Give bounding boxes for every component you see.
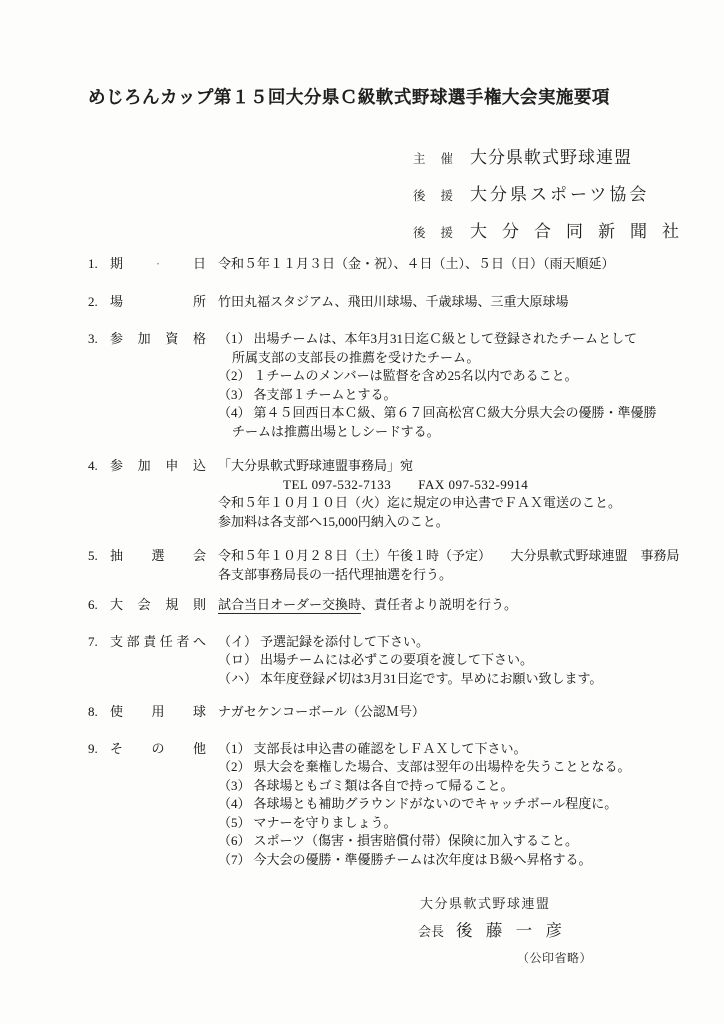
- list-item: （イ）予選記録を添付して下さい。: [218, 633, 694, 652]
- list-item: （3）各球場ともゴミ類は各自で持って帰ること。: [218, 777, 694, 796]
- line-text: ナガセケンコーボール（公認Ｍ号）: [218, 704, 425, 719]
- line-text: 今大会の優勝・準優勝チームは次年度はＢ級へ昇格する。: [254, 852, 592, 867]
- section-number: 8.: [88, 703, 110, 722]
- list-item: （4）第４５回西日本Ｃ級、第６７回高松宮Ｃ級大分県大会の優勝・準優勝: [218, 404, 694, 423]
- section-label: 大会規則: [110, 596, 206, 615]
- sponsor-organization: 大分県スポーツ協会: [470, 180, 649, 205]
- list-item: （1）出場チームは、本年3月31日迄Ｃ級として登録されたチームとして: [218, 330, 694, 349]
- list-item: （6）スポーツ（傷害・損害賠償付帯）保険に加入すること。: [218, 832, 694, 851]
- section-heading: 8. 使用球: [88, 703, 218, 722]
- list-item: （ハ）本年度登録〆切は3月31日迄です。早めにお願い致します。: [218, 670, 694, 689]
- section-content: 竹田丸福スタジアム、飛田川球場、千歳球場、三重大原球場: [218, 293, 694, 312]
- footer-signature: 会長 後藤一彦: [418, 917, 562, 941]
- footer-president-name: 後藤一彦: [456, 917, 562, 941]
- section-rules: 6. 大会規則 試合当日オーダー交換時、責任者より説明を行う。: [88, 596, 694, 615]
- document-title: めじろんカップ第１５回大分県Ｃ級軟式野球選手権大会実施要項: [88, 84, 610, 109]
- line-text: マナーを守りましょう。: [254, 815, 397, 830]
- section-content: 令和５年１０月２８日（土）午後１時（予定） 大分県軟式野球連盟 事務局 各支部事…: [218, 547, 694, 584]
- section-content: 令和５年１１月３日（金・祝）、４日（土）、５日（日）（雨天順延）: [218, 255, 694, 274]
- section-heading: 7. 支部責任者へ: [88, 633, 218, 652]
- item-marker: （5）: [218, 815, 251, 830]
- section-label: 使用球: [110, 703, 206, 722]
- section-label: 参加資格: [110, 330, 206, 349]
- sponsor-row-organizer: 主催 大分県軟式野球連盟: [413, 143, 694, 167]
- section-branch-managers: 7. 支部責任者へ （イ）予選記録を添付して下さい。 （ロ）出場チームには必ずこ…: [88, 633, 694, 689]
- section-number: 1.: [88, 255, 110, 274]
- section-number: 4.: [88, 457, 110, 476]
- text-line: チームは推薦出場としシードする。: [232, 423, 694, 442]
- item-marker: （4）: [218, 405, 251, 420]
- section-content: ナガセケンコーボール（公認Ｍ号）: [218, 703, 694, 722]
- sponsor-organization: 大分合同新聞社: [470, 217, 694, 242]
- item-marker: （3）: [218, 778, 251, 793]
- line-text: 各球場とも補助グラウンドがないのでキャッチボール程度に。: [254, 796, 618, 811]
- scanned-document-page: めじろんカップ第１５回大分県Ｃ級軟式野球選手権大会実施要項 主催 大分県軟式野球…: [0, 0, 724, 1024]
- section-heading: 4. 参加申込: [88, 457, 218, 476]
- sponsor-block: 主催 大分県軟式野球連盟 後援 大分県スポーツ協会 後援 大分合同新聞社: [413, 143, 694, 254]
- line-text: 令和５年１０月２８日（土）午後１時（予定） 大分県軟式野球連盟 事務局: [218, 548, 680, 563]
- section-number: 3.: [88, 330, 110, 349]
- section-label: 支部責任者へ: [110, 633, 206, 652]
- underlined-text: 試合当日オーダー交換時: [218, 597, 361, 614]
- text-line: 令和５年１０月２８日（土）午後１時（予定） 大分県軟式野球連盟 事務局: [218, 547, 694, 566]
- footer-role: 会長: [418, 921, 444, 940]
- item-marker: （7）: [218, 852, 251, 867]
- list-item: （2）県大会を棄権した場合、支部は翌年の出場枠を失うこととなる。: [218, 758, 694, 777]
- section-content: （イ）予選記録を添付して下さい。 （ロ）出場チームには必ずこの要項を渡して下さい…: [218, 633, 694, 689]
- sponsor-role-label: 後援: [413, 223, 453, 241]
- line-text: 所属支部の支部長の推薦を受けたチーム。: [232, 350, 479, 365]
- footer-seal-note: （公印省略）: [517, 949, 592, 966]
- section-ball: 8. 使用球 ナガセケンコーボール（公認Ｍ号）: [88, 703, 694, 722]
- text-line: 各支部事務局長の一括代理抽選を行う。: [218, 566, 694, 585]
- list-item: （5）マナーを守りましょう。: [218, 814, 694, 833]
- list-item: （ロ）出場チームには必ずこの要項を渡して下さい。: [218, 651, 694, 670]
- section-number: 5.: [88, 547, 110, 566]
- section-number: 6.: [88, 596, 110, 615]
- section-heading: 5. 抽選会: [88, 547, 218, 566]
- item-marker: （2）: [218, 368, 251, 383]
- sponsor-organization: 大分県軟式野球連盟: [470, 143, 632, 168]
- line-text: 出場チームには必ずこの要項を渡して下さい。: [260, 652, 533, 667]
- section-label: 抽選会: [110, 547, 206, 566]
- item-marker: （4）: [218, 796, 251, 811]
- text-line: 竹田丸福スタジアム、飛田川球場、千歳球場、三重大原球場: [218, 293, 694, 312]
- text-line: 「大分県軟式野球連盟事務局」宛: [218, 457, 694, 476]
- section-eligibility: 3. 参加資格 （1）出場チームは、本年3月31日迄Ｃ級として登録されたチームと…: [88, 330, 694, 441]
- section-label: 期・日: [110, 255, 206, 274]
- text-line: 令和５年１０月１０日（火）迄に規定の申込書でＦＡＸ電送のこと。: [218, 494, 694, 513]
- text-line: 試合当日オーダー交換時、責任者より説明を行う。: [218, 596, 694, 615]
- line-text: 「大分県軟式野球連盟事務局」宛: [218, 458, 413, 473]
- line-text: 出場チームは、本年3月31日迄Ｃ級として登録されたチームとして: [254, 331, 638, 346]
- section-label: 場所: [110, 293, 206, 312]
- sponsor-role-label: 主催: [413, 149, 453, 167]
- line-text: 各球場ともゴミ類は各自で持って帰ること。: [254, 778, 514, 793]
- item-marker: （ロ）: [218, 652, 257, 667]
- tel-fax-line: TEL 097-532-7133 FAX 097-532-9914: [283, 476, 694, 495]
- line-text: 参加料は各支部へ15,000円納入のこと。: [218, 514, 449, 529]
- section-heading: 1. 期・日: [88, 255, 218, 274]
- list-item: （4）各球場とも補助グラウンドがないのでキャッチボール程度に。: [218, 795, 694, 814]
- item-marker: （イ）: [218, 634, 257, 649]
- item-marker: （2）: [218, 759, 251, 774]
- section-label: 参加申込: [110, 457, 206, 476]
- list-item: （1）支部長は申込書の確認をしＦＡＸして下さい。: [218, 740, 694, 759]
- section-number: 2.: [88, 293, 110, 312]
- line-text: 各支部１チームとする。: [254, 387, 397, 402]
- section-heading: 9. その他: [88, 740, 218, 759]
- item-marker: （3）: [218, 387, 251, 402]
- text-line: ナガセケンコーボール（公認Ｍ号）: [218, 703, 694, 722]
- list-item: （3）各支部１チームとする。: [218, 386, 694, 405]
- section-label: その他: [110, 740, 206, 759]
- sponsor-row-supporter-2: 後援 大分合同新聞社: [413, 217, 694, 241]
- line-text: 本年度登録〆切は3月31日迄です。早めにお願い致します。: [260, 671, 602, 686]
- section-application: 4. 参加申込 「大分県軟式野球連盟事務局」宛 TEL 097-532-7133…: [88, 457, 694, 531]
- line-text: 令和５年１１月３日（金・祝）、４日（土）、５日（日）（雨天順延）: [218, 256, 615, 271]
- line-text: 第４５回西日本Ｃ級、第６７回高松宮Ｃ級大分県大会の優勝・準優勝: [254, 405, 657, 420]
- text-line: 参加料は各支部へ15,000円納入のこと。: [218, 513, 694, 532]
- item-marker: （6）: [218, 833, 251, 848]
- sponsor-row-supporter-1: 後援 大分県スポーツ協会: [413, 180, 694, 204]
- line-text: 各支部事務局長の一括代理抽選を行う。: [218, 567, 452, 582]
- section-heading: 3. 参加資格: [88, 330, 218, 349]
- line-text: 令和５年１０月１０日（火）迄に規定の申込書でＦＡＸ電送のこと。: [218, 495, 621, 510]
- item-marker: （ハ）: [218, 671, 257, 686]
- line-text: １チームのメンバーは監督を含め25名以内であること。: [254, 368, 578, 383]
- line-text: スポーツ（傷害・損害賠償付帯）保険に加入すること。: [254, 833, 578, 848]
- section-venue: 2. 場所 竹田丸福スタジアム、飛田川球場、千歳球場、三重大原球場: [88, 293, 694, 312]
- section-content: （1）支部長は申込書の確認をしＦＡＸして下さい。 （2）県大会を棄権した場合、支…: [218, 740, 694, 870]
- line-text: 支部長は申込書の確認をしＦＡＸして下さい。: [254, 741, 527, 756]
- line-text: TEL 097-532-7133 FAX 097-532-9914: [283, 477, 528, 492]
- line-text: チームは推薦出場としシードする。: [232, 424, 440, 439]
- text-line: 令和５年１１月３日（金・祝）、４日（土）、５日（日）（雨天順延）: [218, 255, 694, 274]
- section-number: 7.: [88, 633, 110, 652]
- line-text: 竹田丸福スタジアム、飛田川球場、千歳球場、三重大原球場: [218, 294, 568, 309]
- footer-organization: 大分県軟式野球連盟: [420, 893, 551, 912]
- section-number: 9.: [88, 740, 110, 759]
- sponsor-role-label: 後援: [413, 186, 453, 204]
- item-marker: （1）: [218, 331, 251, 346]
- item-marker: （1）: [218, 741, 251, 756]
- section-content: （1）出場チームは、本年3月31日迄Ｃ級として登録されたチームとして 所属支部の…: [218, 330, 694, 441]
- text-line: 所属支部の支部長の推薦を受けたチーム。: [232, 349, 694, 368]
- list-item: （7）今大会の優勝・準優勝チームは次年度はＢ級へ昇格する。: [218, 851, 694, 870]
- line-text: 、責任者より説明を行う。: [361, 597, 517, 612]
- line-text: 予選記録を添付して下さい。: [260, 634, 429, 649]
- section-others: 9. その他 （1）支部長は申込書の確認をしＦＡＸして下さい。 （2）県大会を棄…: [88, 740, 694, 870]
- section-heading: 2. 場所: [88, 293, 218, 312]
- section-lottery: 5. 抽選会 令和５年１０月２８日（土）午後１時（予定） 大分県軟式野球連盟 事…: [88, 547, 694, 584]
- section-content: 「大分県軟式野球連盟事務局」宛 TEL 097-532-7133 FAX 097…: [218, 457, 694, 531]
- section-period: 1. 期・日 令和５年１１月３日（金・祝）、４日（土）、５日（日）（雨天順延）: [88, 255, 694, 274]
- list-item: （2）１チームのメンバーは監督を含め25名以内であること。: [218, 367, 694, 386]
- line-text: 県大会を棄権した場合、支部は翌年の出場枠を失うこととなる。: [254, 759, 631, 774]
- document-body: 1. 期・日 令和５年１１月３日（金・祝）、４日（土）、５日（日）（雨天順延） …: [88, 255, 694, 869]
- section-content: 試合当日オーダー交換時、責任者より説明を行う。: [218, 596, 694, 615]
- section-heading: 6. 大会規則: [88, 596, 218, 615]
